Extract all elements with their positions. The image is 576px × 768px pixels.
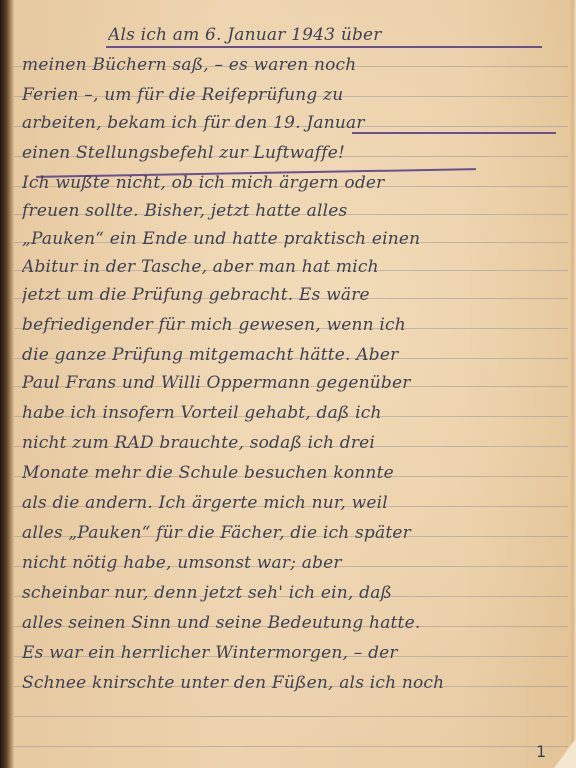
text-line-23: Schnee knirschte unter den Füßen, als ic…: [22, 672, 562, 694]
text-line-18: alles „Pauken“ für die Fächer, die ich s…: [22, 522, 562, 544]
text-line-1: Als ich am 6. Januar 1943 über: [108, 24, 562, 46]
book-binding-shadow: [0, 0, 14, 768]
text-line-20: scheinbar nur, denn jetzt seh' ich ein, …: [22, 582, 562, 604]
text-line-21: alles seinen Sinn und seine Bedeutung ha…: [22, 612, 562, 634]
text-line-19: nicht nötig habe, umsonst war; aber: [22, 552, 562, 574]
text-line-2: meinen Büchern saß, – es waren noch: [22, 54, 562, 76]
text-line-3: Ferien –, um für die Reifeprüfung zu: [22, 84, 562, 106]
ruled-line: [14, 746, 568, 747]
page-number: 1: [536, 742, 546, 761]
page-edge: [570, 0, 576, 768]
text-line-15: nicht zum RAD brauchte, sodaß ich drei: [22, 432, 562, 454]
text-line-6: Ich wußte nicht, ob ich mich ärgern oder: [22, 172, 562, 194]
text-line-8: „Pauken“ ein Ende und hatte praktisch ei…: [22, 228, 562, 250]
text-line-10: jetzt um die Prüfung gebracht. Es wäre: [22, 284, 562, 306]
text-line-12: die ganze Prüfung mitgemacht hätte. Aber: [22, 344, 562, 366]
text-line-13: Paul Frans und Willi Oppermann gegenüber: [22, 372, 562, 394]
text-line-17: als die andern. Ich ärgerte mich nur, we…: [22, 492, 562, 514]
title-underline: [106, 46, 542, 48]
text-line-9: Abitur in der Tasche, aber man hat mich: [22, 256, 562, 278]
text-line-5: einen Stellungsbefehl zur Luftwaffe!: [22, 142, 562, 164]
text-line-7: freuen sollte. Bisher, jetzt hatte alles: [22, 200, 562, 222]
text-line-14: habe ich insofern Vorteil gehabt, daß ic…: [22, 402, 562, 424]
ruled-line: [14, 716, 568, 717]
page-corner: [554, 738, 576, 768]
text-line-11: befriedigender für mich gewesen, wenn ic…: [22, 314, 562, 336]
text-line-4: arbeiten, bekam ich für den 19. Januar: [22, 112, 562, 134]
diary-page: Als ich am 6. Januar 1943 über meinen Bü…: [0, 0, 576, 768]
text-line-22: Es war ein herrlicher Wintermorgen, – de…: [22, 642, 562, 664]
text-line-16: Monate mehr die Schule besuchen konnte: [22, 462, 562, 484]
